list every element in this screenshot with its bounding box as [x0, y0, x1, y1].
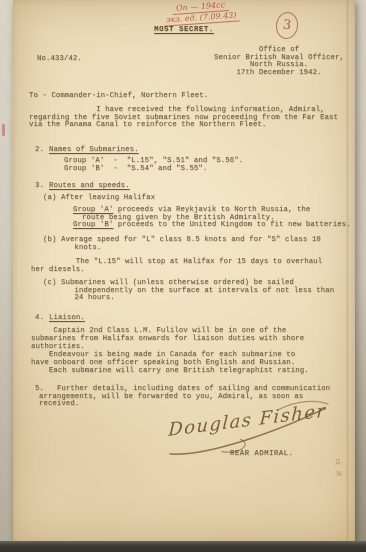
section-heading: Names of Submarines.: [49, 147, 139, 155]
handwritten-red-notes: Оп — 194сс экз. ед. (7.09.43): [140, 0, 261, 28]
classification-stamp: MOST SECRET.: [13, 27, 355, 35]
right-page-edge: [354, 0, 366, 544]
classification-text: MOST SECRET.: [154, 26, 214, 34]
text-line: her diesels.: [31, 267, 322, 275]
office-address-block: Office ofSenior British Naval Officer,No…: [198, 47, 360, 77]
text-line: Group 'B' - "S.54" and "S.55".: [64, 166, 243, 174]
text-line: Group 'B' proceeds to the United Kingdom…: [73, 222, 351, 230]
text-line: submarines from Halifax onwards for liai…: [31, 335, 309, 343]
section-routes-heading-row: 3. Routes and speeds.: [35, 183, 130, 191]
photo-of-document: Оп — 194сс экз. ед. (7.09.43) 3 MOST SEC…: [0, 0, 366, 552]
item-text-lines: Submarines will (unless otherwise ordere…: [61, 280, 334, 303]
table-surface-shadow: [0, 541, 366, 552]
text-line: knots.: [61, 245, 321, 253]
intro-paragraph: I have received the following informatio…: [29, 107, 338, 130]
signatory-title: REAR ADMIRAL.: [230, 451, 293, 459]
text-line: 17th December 1942.: [198, 70, 360, 78]
text-line: Each submarine will carry one British te…: [31, 367, 309, 375]
section-heading: Liaison.: [49, 315, 85, 323]
item-text: After leaving Halifax: [61, 195, 155, 203]
group-a-label: Group 'A': [73, 206, 113, 214]
text-line: Captain 2nd Class L.M. Fulilov will be i…: [31, 327, 309, 335]
text-line: have onboard one officer speaking both E…: [31, 359, 309, 367]
group-b-text: proceeds to the United Kingdom to fit ne…: [113, 221, 350, 229]
routes-item-a: (a) After leaving Halifax: [43, 195, 155, 203]
section-number: 2.: [35, 147, 49, 155]
submarine-groups-list: Group 'A' - "L.15", "S.51" and "S.56".Gr…: [64, 158, 243, 173]
item-label: (c): [43, 280, 61, 303]
group-a-text: proceeds via Reykjavik to North Russia, …: [113, 206, 310, 214]
section-heading: Routes and speeds.: [49, 183, 130, 191]
item-text-lines: Average speed for "L" class 8.5 knots an…: [61, 237, 321, 252]
section-number: 3.: [35, 183, 49, 191]
routes-group-details: Group 'A' proceeds via Reykjavik to Nort…: [73, 207, 351, 230]
reference-number: No.433/42.: [37, 56, 82, 64]
text-line: via the Panama Canal to reinforce the No…: [29, 122, 338, 130]
circled-page-number: 3: [274, 11, 300, 41]
routes-item-b: (b) Average speed for "L" class 8.5 knot…: [43, 237, 321, 252]
item-label: (b): [43, 237, 61, 252]
halifax-overhaul-note: The "L.15" will stop at Halifax for 15 d…: [31, 259, 322, 274]
red-margin-mark-top: Д-: [335, 458, 342, 466]
liaison-paragraph: Captain 2nd Class L.M. Fulilov will be i…: [31, 327, 309, 375]
paper-crease: [346, 0, 349, 543]
red-margin-mark-bottom: №: [336, 470, 342, 478]
text-line: Endeavour is being made in Canada for ea…: [31, 351, 309, 359]
text-line: authorities.: [31, 343, 309, 351]
addressee-line: To - Commander-in-Chief, Northern Fleet.: [29, 93, 208, 101]
red-edge-tick: [2, 124, 5, 136]
section-names-heading-row: 2. Names of Submarines.: [35, 147, 139, 155]
item-label: (a): [43, 195, 61, 203]
group-b-label: Group 'B': [73, 221, 113, 229]
routes-item-c: (c) Submarines will (unless otherwise or…: [43, 280, 334, 303]
text-line: 24 hours.: [61, 295, 334, 303]
section-number: 4.: [35, 315, 49, 323]
section-liaison-heading-row: 4. Liaison.: [35, 315, 85, 323]
document-sheet: Оп — 194сс экз. ед. (7.09.43) 3 MOST SEC…: [13, 0, 355, 543]
